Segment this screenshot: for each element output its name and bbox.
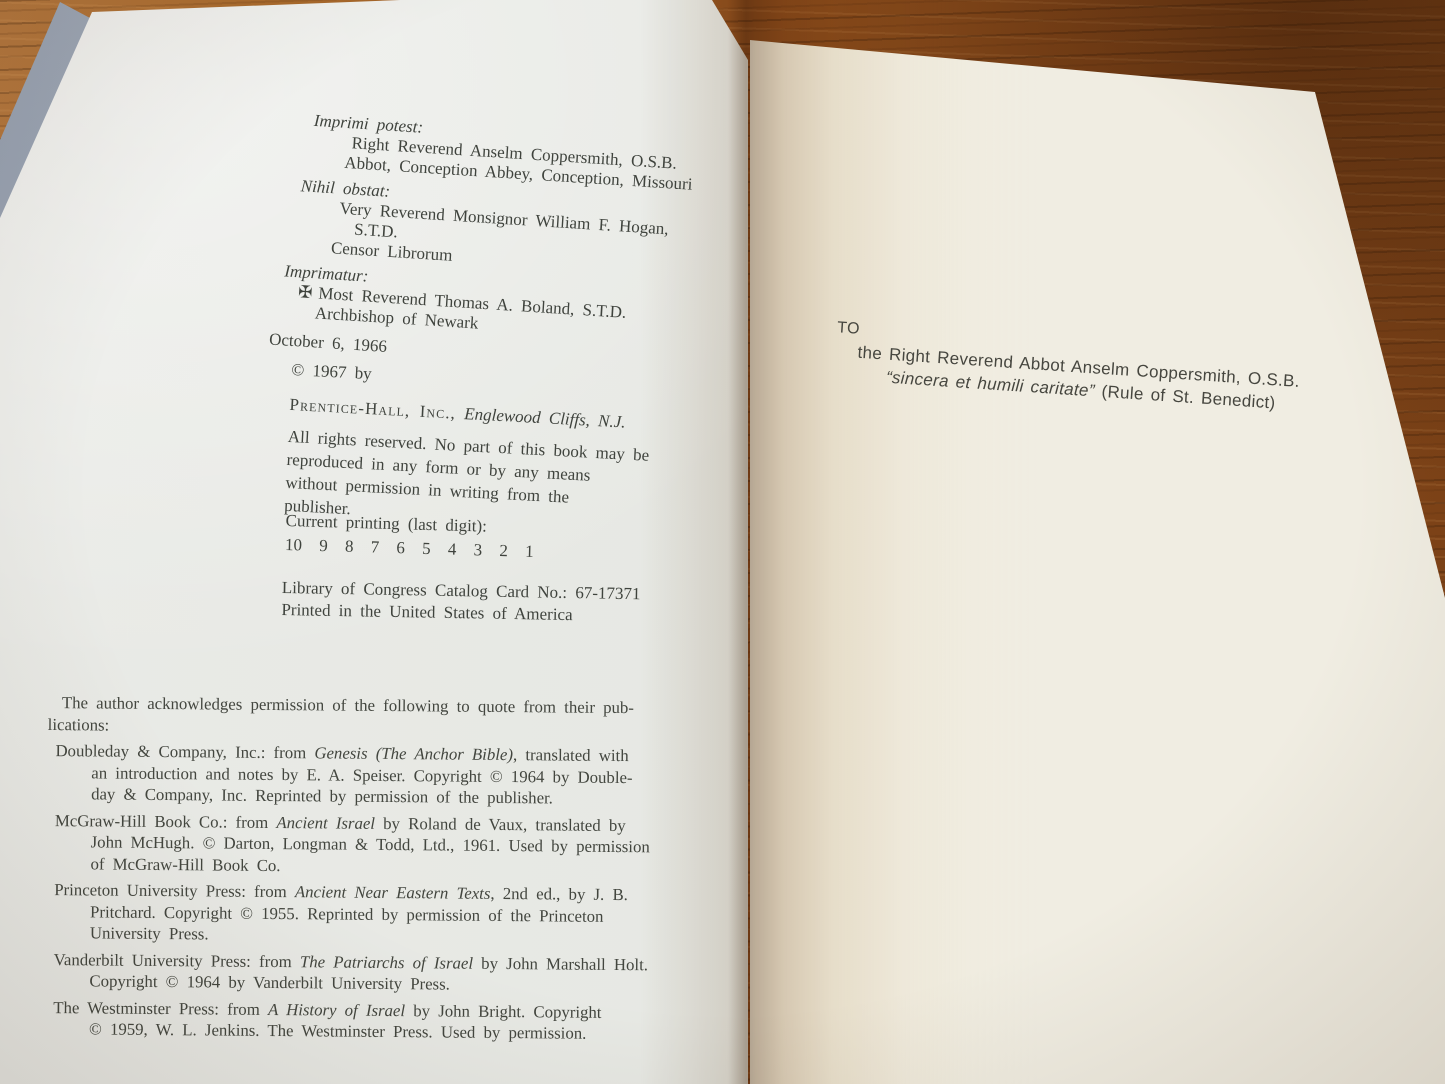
acknowledgments-block: The author acknowledges permission of th…	[43, 692, 651, 1045]
ack-entry-doubleday: Doubleday & Company, Inc.: from Genesis …	[45, 740, 651, 810]
maltese-cross-icon: ✠	[298, 282, 313, 302]
printing-block: Current printing (last digit): 10 9 8 7 …	[285, 509, 535, 564]
ack-entry-vanderbilt: Vanderbilt University Press: from The Pa…	[43, 948, 648, 996]
ack-entry-mcgrawhill: McGraw-Hill Book Co.: from Ancient Israe…	[44, 809, 650, 879]
catalog-block: Library of Congress Catalog Card No.: 67…	[281, 577, 640, 627]
ack-entry-westminster: The Westminster Press: from A History of…	[43, 996, 648, 1044]
ack-entry-princeton: Princeton University Press: from Ancient…	[44, 879, 650, 949]
open-book-photo: Imprimi potest: Right Reverend Anselm Co…	[0, 0, 1445, 1084]
copyright-block: © 1967 by Prentice-Hall, Inc., Englewood…	[284, 358, 654, 536]
approvals-block: Imprimi potest: Right Reverend Anselm Co…	[284, 104, 695, 375]
